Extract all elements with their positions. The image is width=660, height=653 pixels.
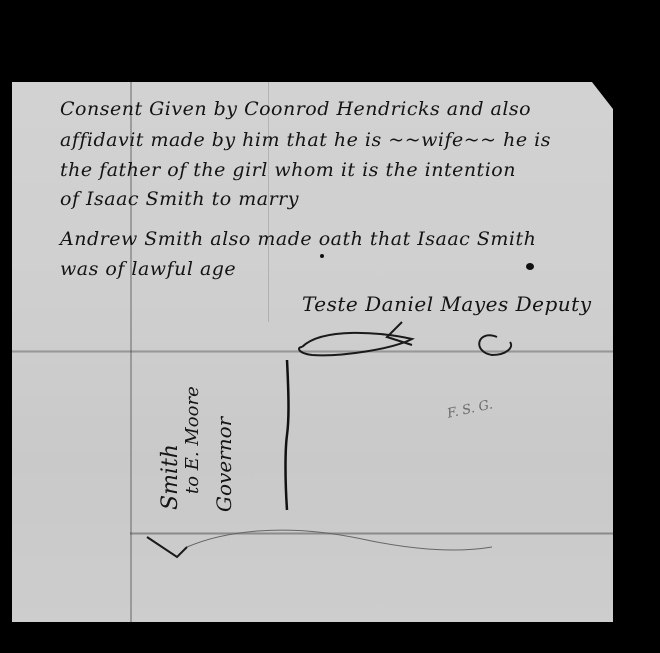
ink-dot (320, 254, 324, 258)
endorsement-rule (280, 360, 294, 510)
attestation-signature: Teste Daniel Mayes Deputy (302, 292, 592, 316)
body-line-1: Consent Given by Coonrod Hendricks and a… (60, 98, 531, 120)
document-page: Consent Given by Coonrod Hendricks and a… (12, 82, 613, 622)
endorsement-line2: to E. Moore (182, 386, 203, 494)
signature-flourish (292, 317, 522, 362)
ink-blot (526, 263, 534, 270)
lower-flourish (142, 527, 502, 597)
body-line-6: was of lawful age (60, 258, 236, 280)
body-line-5: Andrew Smith also made oath that Isaac S… (60, 228, 536, 250)
body-line-2: affidavit made by him that he is ~~wife~… (60, 129, 551, 151)
endorsement-name: Smith (158, 444, 183, 510)
endorsement-title: Governor (212, 417, 236, 512)
body-line-4: of Isaac Smith to marry (60, 188, 299, 210)
faint-marks: F. S. G. (446, 397, 494, 421)
body-line-3: the father of the girl whom it is the in… (60, 159, 516, 181)
